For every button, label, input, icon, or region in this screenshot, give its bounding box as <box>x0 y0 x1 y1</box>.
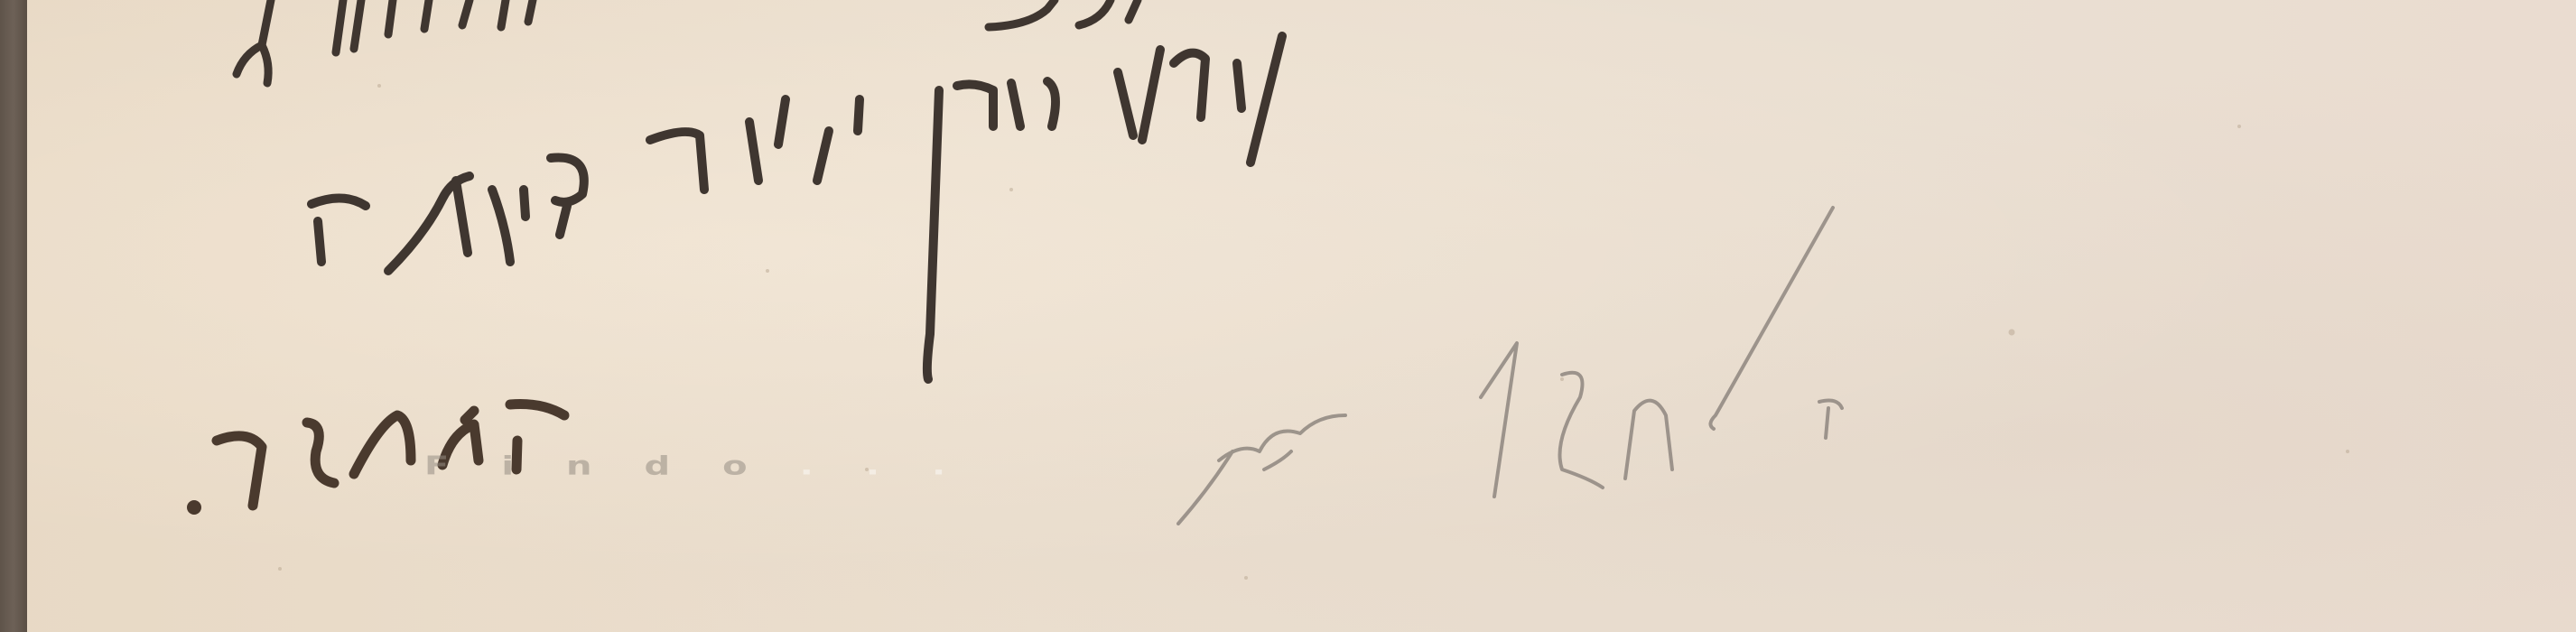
watermark-text: Findo <box>424 451 800 480</box>
paper-speckles <box>278 84 2349 580</box>
handwriting-layer <box>0 0 2576 632</box>
watermark: Findo... <box>424 456 998 476</box>
period-dot <box>187 500 201 515</box>
handwriting-line-1 <box>237 0 1138 83</box>
watermark-faded-text: ... <box>800 451 999 480</box>
document-page: Findo... (partially cropped line at top)… <box>0 0 2576 632</box>
handwriting-line-2 <box>312 36 1282 379</box>
pencil-price-note <box>1178 208 1842 524</box>
